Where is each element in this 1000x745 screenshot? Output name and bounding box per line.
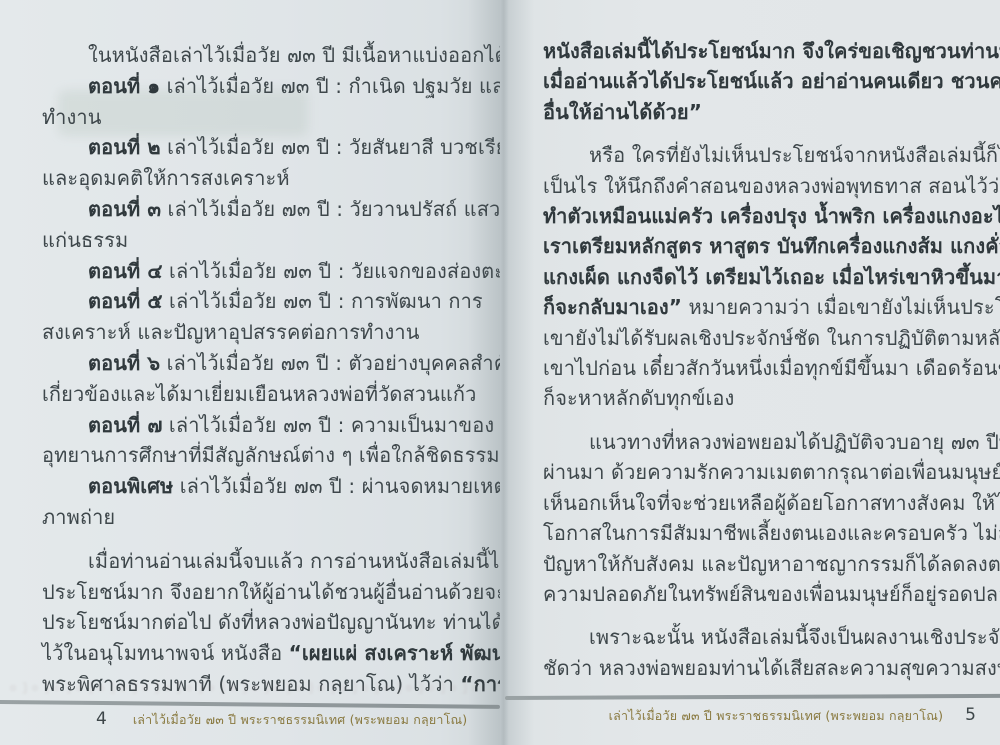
text-segment: พระพิศาลธรรมพาที (พระพยอม กลฺยาโณ) ไว้ว่… [42,672,460,696]
bold-text-segment: ตอนที่ ๕ [88,289,163,313]
left-page-footer: 4 เล่าไว้เมื่อวัย ๗๓ ปี พระราชธรรมนิเทศ … [96,709,467,730]
text-segment: เล่าไว้เมื่อวัย ๗๓ ปี : วัยแจกของส่องตะเ… [163,259,546,283]
text-segment: ประโยชน์มากต่อไป ดังที่หลวงพ่อปัญญานันทะ… [42,610,552,634]
text-line: ตอนที่ ๒ เล่าไว้เมื่อวัย ๗๓ ปี : วัยสันย… [42,132,494,163]
text-line: เมื่ออ่านแล้วได้ประโยชน์แล้ว อย่าอ่านคนเ… [543,66,975,96]
text-line: ก็จะกลับมาเอง” หมายความว่า เมื่อเขายังไม… [543,292,975,322]
text-segment: เกี่ยวข้องและได้มาเยี่ยมเยือนหลวงพ่อที่ว… [42,382,476,406]
bold-text-segment: ตอนที่ ๗ [88,413,162,437]
text-segment: ผ่านมา ด้วยความรักความเมตตากรุณาต่อเพื่อ… [543,460,1000,484]
text-line: ตอนที่ ๕ เล่าไว้เมื่อวัย ๗๓ ปี : การพัฒน… [42,286,494,317]
text-segment: สงเคราะห์ และปัญหาอุปสรรคต่อการทำงาน [42,320,420,344]
text-segment: เพราะฉะนั้น หนังสือเล่มนี้จึงเป็นผลงานเช… [589,625,1000,649]
text-segment: เห็นอกเห็นใจที่จะช่วยเหลือผู้ด้อยโอกาสทา… [543,491,1000,515]
text-line: โอกาสในการมีสัมมาชีพเลี้ยงตนเองและครอบคร… [543,518,975,548]
text-line: แกงเผ็ด แกงจืดไว้ เตรียมไว้เถอะ เมื่อไหร… [543,262,975,292]
text-segment: ปัญหาให้กับสังคม และปัญหาอาชญากรรมก็ได้ล… [543,552,1000,576]
text-segment: เล่าไว้เมื่อวัย ๗๓ ปี : ผ่านจดหมายเหตุ [173,474,506,498]
text-line: ตอนที่ ๖ เล่าไว้เมื่อวัย ๗๓ ปี : ตัวอย่า… [42,348,494,379]
left-page-body-text: ในหนังสือเล่าไว้เมื่อวัย ๗๓ ปี มีเนื้อหา… [42,40,494,700]
bold-text-segment: เราเตรียมหลักสูตร หาสูตร บันทึกเครื่องแก… [543,234,1000,258]
text-line: ตอนที่ ๗ เล่าไว้เมื่อวัย ๗๓ ปี : ความเป็… [42,410,494,441]
text-segment: เล่าไว้เมื่อวัย ๗๓ ปี : วัยสันยาสี บวชเร… [161,135,522,159]
text-line: และอุดมคติให้การสงเคราะห์ [42,163,494,194]
text-segment: แนวทางที่หลวงพ่อพยอมได้ปฏิบัติจวบอายุ ๗๓… [589,430,1000,454]
text-line: ทำตัวเหมือนแม่ครัว เครื่องปรุง น้ำพริก เ… [543,201,975,231]
text-line: เห็นอกเห็นใจที่จะช่วยเหลือผู้ด้อยโอกาสทา… [543,488,975,518]
text-segment: ภาพถ่าย [42,505,115,529]
text-line: ประโยชน์มาก จึงอยากให้ผู้อ่านได้ชวนผู้อื… [42,577,494,608]
left-running-title: เล่าไว้เมื่อวัย ๗๓ ปี พระราชธรรมนิเทศ (พ… [133,710,468,730]
text-segment: หมายความว่า เมื่อเขายังไม่เห็นประโยชน์ [682,295,1000,319]
bold-text-segment: “เผยแผ่ สงเคราะห์ พัฒนา : [289,641,532,665]
bold-text-segment: แกงเผ็ด แกงจืดไว้ เตรียมไว้เถอะ เมื่อไหร… [543,265,1000,289]
text-segment: ชัดว่า หลวงพ่อพยอมท่านได้เสียสละความสุขค… [543,656,1000,680]
right-page-body-text: หนังสือเล่มนี้ได้ประโยชน์มาก จึงใคร่ขอเช… [543,36,975,683]
text-segment: และอุดมคติให้การสงเคราะห์ [42,166,290,190]
text-segment: แก่นธรรม [42,228,128,252]
text-segment: เล่าไว้เมื่อวัย ๗๓ ปี : กำเนิด ปฐมวัย แล… [160,74,538,98]
text-line: สงเคราะห์ และปัญหาอุปสรรคต่อการทำงาน [42,317,494,348]
right-page-number: 5 [965,705,976,725]
bold-text-segment: ก็จะกลับมาเอง” [543,295,682,319]
text-line: ทำงาน [42,102,494,133]
text-line: พระพิศาลธรรมพาที (พระพยอม กลฺยาโณ) ไว้ว่… [42,669,494,700]
text-line: ตอนที่ ๔ เล่าไว้เมื่อวัย ๗๓ ปี : วัยแจกข… [42,256,494,287]
text-line: หรือ ใครที่ยังไม่เห็นประโยชน์จากหนังสือเ… [543,140,975,170]
text-line: ประโยชน์มากต่อไป ดังที่หลวงพ่อปัญญานันทะ… [42,607,494,638]
text-line: ปัญหาให้กับสังคม และปัญหาอาชญากรรมก็ได้ล… [543,549,975,579]
text-segment: เขายังไม่ได้รับผลเชิงประจักษ์ชัด ในการปฏ… [543,326,1000,350]
text-segment: ทำงาน [42,105,101,129]
text-line: เป็นไร ให้นึกถึงคำสอนของหลวงพ่อพุทธทาส ส… [543,171,975,201]
text-segment: ก็จะหาหลักดับทุกข์เอง [543,386,734,410]
bold-text-segment: ตอนที่ ๒ [88,135,161,159]
text-line: ตอนพิเศษ เล่าไว้เมื่อวัย ๗๓ ปี : ผ่านจดห… [42,471,494,502]
text-line: หนังสือเล่มนี้ได้ประโยชน์มาก จึงใคร่ขอเช… [543,36,975,66]
text-line: แก่นธรรม [42,225,494,256]
bold-text-segment: ทำตัวเหมือนแม่ครัว เครื่องปรุง น้ำพริก เ… [543,204,1000,228]
text-line: เมื่อท่านอ่านเล่มนี้จบแล้ว การอ่านหนังสื… [42,546,494,577]
bold-text-segment: เมื่ออ่านแล้วได้ประโยชน์แล้ว อย่าอ่านคนเ… [543,69,1000,93]
text-line: ในหนังสือเล่าไว้เมื่อวัย ๗๓ ปี มีเนื้อหา… [42,40,494,71]
text-segment: ประโยชน์มาก จึงอยากให้ผู้อ่านได้ชวนผู้อื… [42,580,544,604]
bold-text-segment: ตอนที่ ๓ [88,197,161,221]
text-line: ไว้ในอนุโมทนาพจน์ หนังสือ “เผยแผ่ สงเครา… [42,638,494,669]
text-segment: หรือ ใครที่ยังไม่เห็นประโยชน์จากหนังสือเ… [589,143,1000,167]
bold-text-segment: ตอนที่ ๖ [88,351,160,375]
text-line: เพราะฉะนั้น หนังสือเล่มนี้จึงเป็นผลงานเช… [543,622,975,652]
left-page-number: 4 [96,709,107,729]
text-line: ตอนที่ ๓ เล่าไว้เมื่อวัย ๗๓ ปี : วัยวานป… [42,194,494,225]
book-spread-photo: ในหนังสือเล่าไว้เมื่อวัย ๗๓ ปี มีเนื้อหา… [0,0,1000,745]
text-line: เขายังไม่ได้รับผลเชิงประจักษ์ชัด ในการปฏ… [543,323,975,353]
text-line: เราเตรียมหลักสูตร หาสูตร บันทึกเครื่องแก… [543,231,975,261]
bold-text-segment: อื่นให้อ่านได้ด้วย” [543,100,702,124]
text-segment: เล่าไว้เมื่อวัย ๗๓ ปี : การพัฒนา การ [163,289,483,313]
text-segment: เมื่อท่านอ่านเล่มนี้จบแล้ว การอ่านหนังสื… [88,549,513,573]
text-segment: ความปลอดภัยในทรัพย์สินของเพื่อนมนุษย์ก็อ… [543,582,1000,606]
text-line: อุทยานการศึกษาที่มีสัญลักษณ์ต่าง ๆ เพื่อ… [42,440,494,471]
text-segment: ในหนังสือเล่าไว้เมื่อวัย ๗๓ ปี มีเนื้อหา… [88,43,544,67]
text-line: ตอนที่ ๑ เล่าไว้เมื่อวัย ๗๓ ปี : กำเนิด … [42,71,494,102]
text-line: ชัดว่า หลวงพ่อพยอมท่านได้เสียสละความสุขค… [543,653,975,683]
text-segment: ไว้ในอนุโมทนาพจน์ หนังสือ [42,641,289,665]
page-right: หนังสือเล่มนี้ได้ประโยชน์มาก จึงใคร่ขอเช… [500,0,1000,745]
text-line: เขาไปก่อน เดี๋ยวสักวันหนึ่งเมื่อทุกข์มีข… [543,353,975,383]
text-segment: เล่าไว้เมื่อวัย ๗๓ ปี : ตัวอย่างบุคคลสำค… [160,351,538,375]
text-segment: เล่าไว้เมื่อวัย ๗๓ ปี : ความเป็นมาของ [162,413,494,437]
bold-text-segment: ตอนที่ ๑ [88,74,160,98]
text-segment: เล่าไว้เมื่อวัย ๗๓ ปี : วัยวานปรัสถ์ แสว… [161,197,535,221]
text-segment: เป็นไร ให้นึกถึงคำสอนของหลวงพ่อพุทธทาส ส… [543,174,1000,198]
text-segment: โอกาสในการมีสัมมาชีพเลี้ยงตนเองและครอบคร… [543,521,1000,545]
bold-text-segment: ตอนที่ ๔ [88,259,163,283]
page-left: ในหนังสือเล่าไว้เมื่อวัย ๗๓ ปี มีเนื้อหา… [0,0,500,745]
text-segment: เขาไปก่อน เดี๋ยวสักวันหนึ่งเมื่อทุกข์มีข… [543,356,1000,380]
text-line: เกี่ยวข้องและได้มาเยี่ยมเยือนหลวงพ่อที่ว… [42,379,494,410]
text-line: ก็จะหาหลักดับทุกข์เอง [543,383,975,413]
text-segment: อุทยานการศึกษาที่มีสัญลักษณ์ต่าง ๆ เพื่อ… [42,443,500,467]
text-line: แนวทางที่หลวงพ่อพยอมได้ปฏิบัติจวบอายุ ๗๓… [543,427,975,457]
right-page-footer: เล่าไว้เมื่อวัย ๗๓ ปี พระราชธรรมนิเทศ (พ… [609,705,976,726]
text-line: ความปลอดภัยในทรัพย์สินของเพื่อนมนุษย์ก็อ… [543,579,975,609]
bold-text-segment: ตอนพิเศษ [88,474,173,498]
text-line: ผ่านมา ด้วยความรักความเมตตากรุณาต่อเพื่อ… [543,457,975,487]
text-line: ภาพถ่าย [42,502,494,533]
text-line: อื่นให้อ่านได้ด้วย” [543,97,975,127]
right-running-title: เล่าไว้เมื่อวัย ๗๓ ปี พระราชธรรมนิเทศ (พ… [609,706,944,726]
bold-text-segment: หนังสือเล่มนี้ได้ประโยชน์มาก จึงใคร่ขอเช… [543,39,1000,63]
